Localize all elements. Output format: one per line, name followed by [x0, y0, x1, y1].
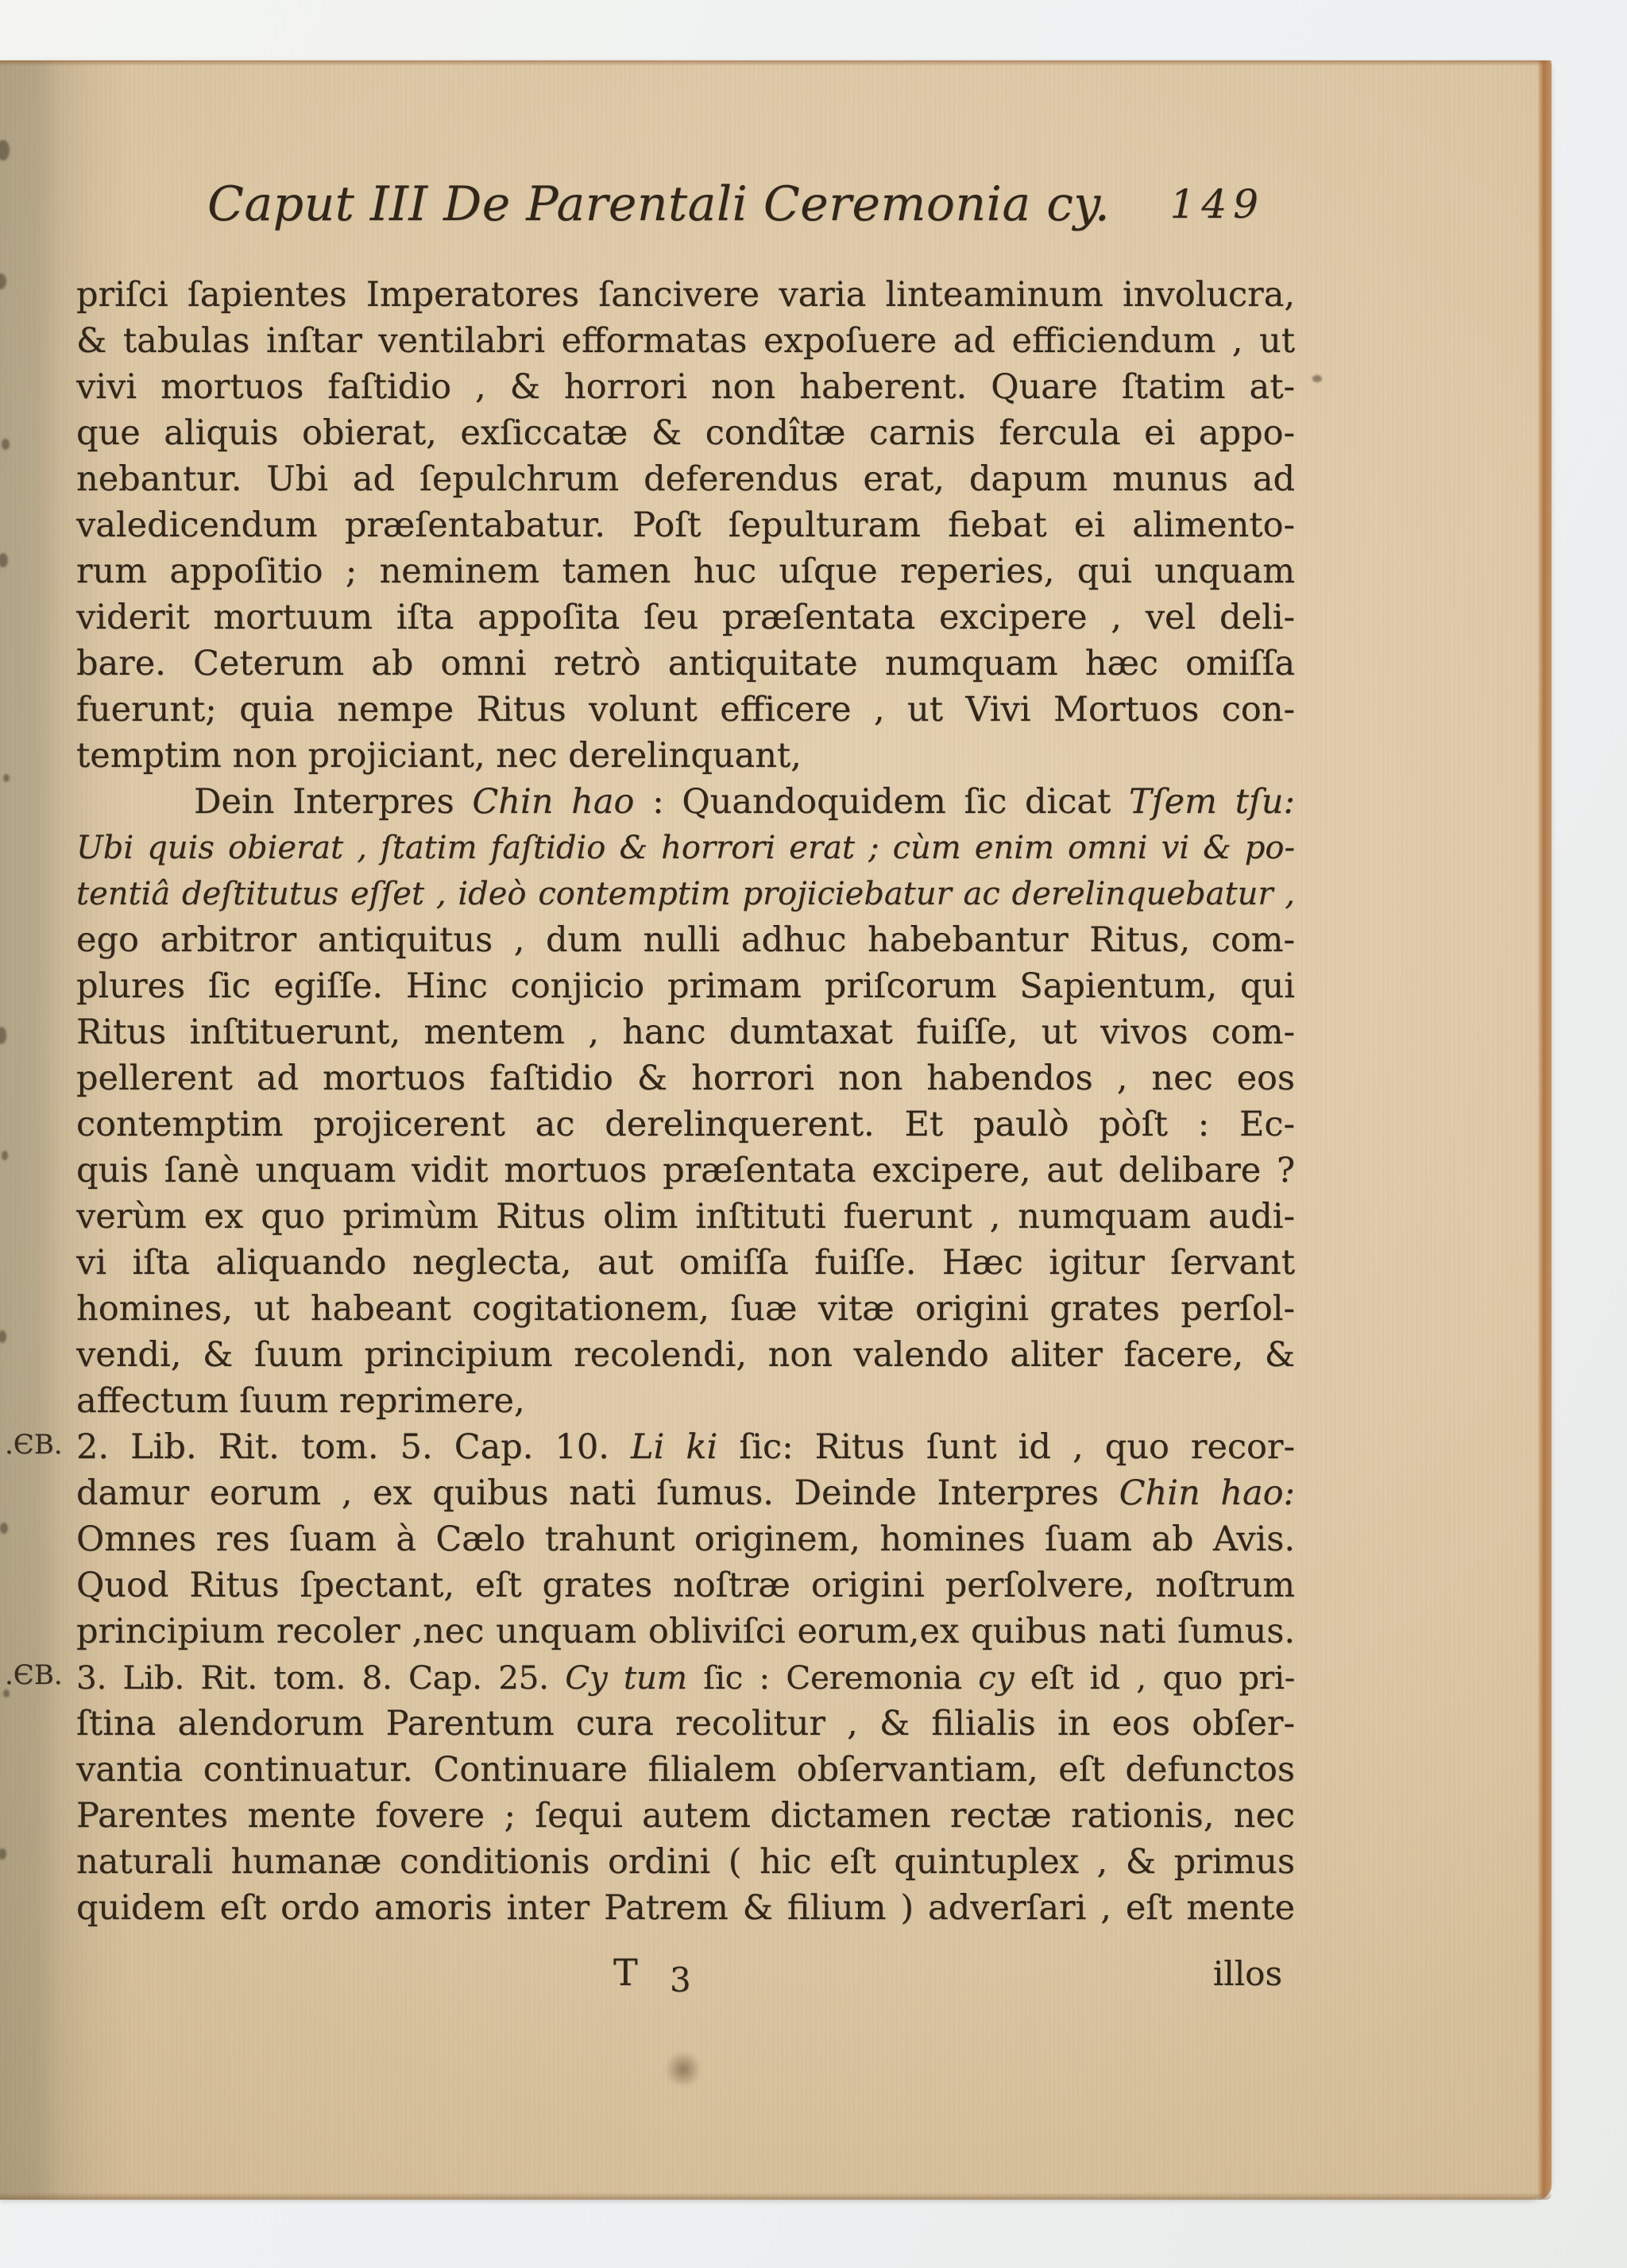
page-top-edge: [0, 60, 1552, 66]
ink-speck: [0, 1848, 6, 1860]
page-bottom-edge: [0, 2193, 1552, 2200]
text-line: Parentes mente fovere ; ſequi autem dict…: [76, 1793, 1295, 1839]
text-run-italic: cy: [978, 1658, 1014, 1697]
chapter-title: Caput III De Parentali Ceremonia cy.: [207, 176, 1110, 232]
text-run: damur eorum , ex quibus nati ſumus. Dein…: [76, 1473, 1119, 1513]
text-line: Ritus inſtituerunt, mentem , hanc dumtax…: [76, 1009, 1295, 1055]
text-run: : Quandoquidem ſic dicat: [634, 782, 1129, 822]
margin-note: .ЄB.: [5, 1659, 76, 1691]
ink-speck: [0, 273, 6, 289]
catchword: illos: [1213, 1954, 1282, 1993]
text-line: Dein Interpres Chin hao : Quandoquidem ſ…: [76, 779, 1295, 825]
text-line: pellerent ad mortuos faſtidio & horrori …: [76, 1055, 1295, 1101]
ink-speck: [3, 774, 10, 782]
text-line: & tabulas inſtar ventilabri efformatas e…: [76, 318, 1295, 364]
text-run: ſic: Ritus ſunt id , quo recor-: [717, 1427, 1295, 1467]
text-line: affectum ſuum reprimere,: [76, 1378, 1295, 1424]
text-line: temptim non projiciant, nec derelinquant…: [76, 733, 1295, 779]
text-run-italic: Chin hao:: [1119, 1473, 1295, 1513]
ink-speck: [3, 1689, 10, 1697]
text-run-italic: Li ki: [631, 1427, 717, 1467]
page-right-edge: [1537, 60, 1552, 2200]
text-line: tentiâ deſtitutus eſſet , ideò contempti…: [76, 871, 1295, 917]
signature-mark: T: [613, 1951, 638, 1994]
text-line: Omnes res ſuam à Cælo trahunt originem, …: [76, 1516, 1295, 1562]
text-run-italic: Tſem tſu:: [1129, 782, 1295, 822]
text-line: plures ſic egiſſe. Hinc conjicio primam …: [76, 963, 1295, 1009]
text-line: damur eorum , ex quibus nati ſumus. Dein…: [76, 1470, 1295, 1516]
text-run: ſic : Ceremonia: [687, 1658, 979, 1697]
text-line: valedicendum præſentabatur. Poſt ſepultu…: [76, 502, 1295, 548]
text-line: quis ſanè unquam vidit mortuos præſentat…: [76, 1148, 1295, 1194]
ink-speck: [0, 1027, 6, 1044]
ink-speck: [0, 140, 10, 161]
text-line: principium recoler ,nec unquam obliviſci…: [76, 1608, 1295, 1655]
ink-speck: [2, 1151, 8, 1160]
book-page: Caput III De Parentali Ceremonia cy. 149…: [0, 60, 1552, 2200]
signature-line: T 3 illos: [76, 1951, 1295, 2008]
text-run-italic: Chin hao: [472, 782, 634, 822]
text-line: vendi, & ſuum principium recolendi, non …: [76, 1332, 1295, 1378]
text-line: viderit mortuum iſta appoſita ſeu præſen…: [76, 594, 1295, 641]
margin-note: .ЄB.: [5, 1429, 76, 1461]
text-line: vi iſta aliquando neglecta, aut omiſſa f…: [76, 1240, 1295, 1286]
ink-blot: [664, 2052, 702, 2087]
text-line: quidem eſt ordo amoris inter Patrem & fi…: [76, 1885, 1295, 1931]
ink-speck: [0, 553, 8, 567]
text-run: 3. Lib. Rit. tom. 8. Cap. 25.: [76, 1658, 565, 1697]
text-line: nebantur. Ubi ad ſepulchrum deferendus e…: [76, 456, 1295, 502]
text-line: bare. Ceterum ab omni retrò antiquitate …: [76, 641, 1295, 687]
text-run-italic: Cy tum: [565, 1658, 687, 1697]
text-run: Dein Interpres: [194, 782, 472, 822]
text-line: ego arbitror antiquitus , dum nulli adhu…: [76, 917, 1295, 963]
running-header: Caput III De Parentali Ceremonia cy. 149: [76, 176, 1295, 232]
text-run: 2. Lib. Rit. tom. 5. Cap. 10.: [76, 1427, 631, 1467]
text-line: homines, ut habeant cogitationem, ſuæ vi…: [76, 1286, 1295, 1332]
text-line: naturali humanæ conditionis ordini ( hic…: [76, 1839, 1295, 1885]
signature-number: 3: [670, 1960, 691, 1999]
text-line: fuerunt; quia nempe Ritus volunt efficer…: [76, 687, 1295, 733]
text-line: vivi mortuos faſtidio , & horrori non ha…: [76, 364, 1295, 410]
ink-speck: [2, 439, 10, 450]
page-number: 149: [1170, 176, 1265, 227]
ink-speck: [1312, 375, 1322, 382]
text-line: ſtina alendorum Parentum cura recolitur …: [76, 1701, 1295, 1747]
text-block: priſci ſapientes Imperatores ſancivere v…: [76, 272, 1295, 1931]
text-line: 3. Lib. Rit. tom. 8. Cap. 25. Cy tum ſic…: [76, 1655, 1295, 1701]
text-line: que aliquis obierat, exſiccatæ & condîtæ…: [76, 410, 1295, 456]
ink-speck: [0, 1330, 6, 1343]
text-run: eſt id , quo pri-: [1014, 1658, 1295, 1697]
text-line: contemptim projicerent ac derelinquerent…: [76, 1101, 1295, 1148]
text-line: 2. Lib. Rit. tom. 5. Cap. 10. Li ki ſic:…: [76, 1424, 1295, 1470]
text-line: rum appoſitio ; neminem tamen huc uſque …: [76, 548, 1295, 594]
ink-speck: [0, 1523, 8, 1534]
text-line: priſci ſapientes Imperatores ſancivere v…: [76, 272, 1295, 318]
text-line: Ubi quis obierat , ſtatim faſtidio & hor…: [76, 825, 1295, 871]
text-line: vantia continuatur. Continuare filialem …: [76, 1747, 1295, 1793]
text-line: verùm ex quo primùm Ritus olim inſtituti…: [76, 1194, 1295, 1240]
text-line: Quod Ritus ſpectant, eſt grates noſtræ o…: [76, 1562, 1295, 1608]
